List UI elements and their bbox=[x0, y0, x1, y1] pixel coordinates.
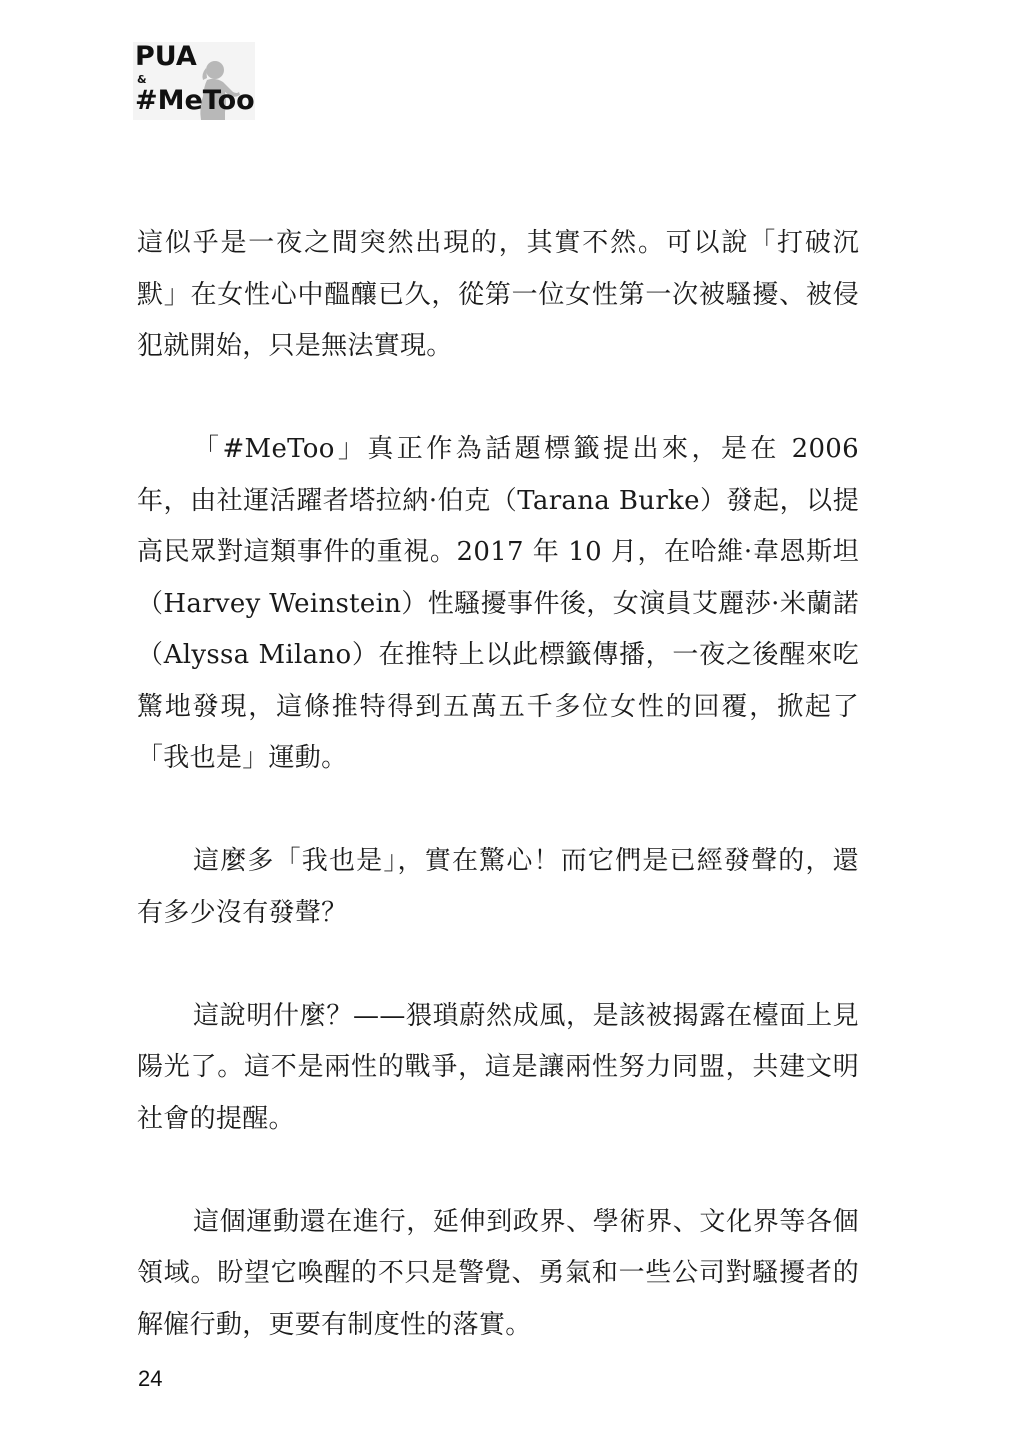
logo-text-pua: PUA bbox=[135, 42, 197, 72]
logo-text-metoo: #MeToo bbox=[135, 86, 255, 116]
book-logo: PUA & #MeToo bbox=[133, 42, 255, 120]
page-number: 24 bbox=[138, 1366, 162, 1392]
paragraph-5: 這個運動還在進行，延伸到政界、學術界、文化界等各個領域。盼望它喚醒的不只是警覺、… bbox=[137, 1197, 859, 1352]
page-body: 這似乎是一夜之間突然出現的，其實不然。可以說「打破沉默」在女性心中醞釀已久，從第… bbox=[137, 218, 859, 1403]
paragraph-3: 這麼多「我也是」，實在驚心！而它們是已經發聲的，還有多少沒有發聲？ bbox=[137, 836, 859, 939]
paragraph-4: 這說明什麼？——猥瑣蔚然成風，是該被揭露在檯面上見陽光了。這不是兩性的戰爭，這是… bbox=[137, 991, 859, 1146]
paragraph-1: 這似乎是一夜之間突然出現的，其實不然。可以說「打破沉默」在女性心中醞釀已久，從第… bbox=[137, 218, 859, 373]
paragraph-2: 「#MeToo」真正作為話題標籤提出來，是在 2006 年，由社運活躍者塔拉納·… bbox=[137, 424, 859, 785]
